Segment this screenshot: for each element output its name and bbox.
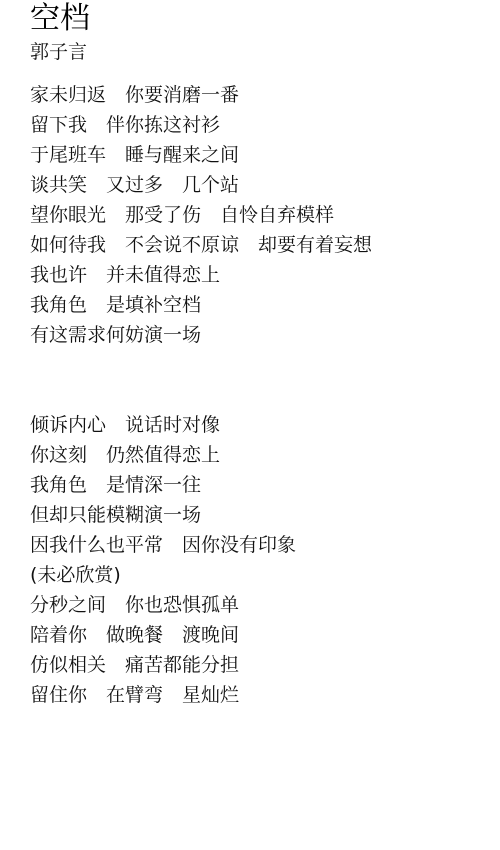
song-title: 空档	[30, 0, 490, 38]
lyric-line: 陪着你 做晚餐 渡晚间	[30, 620, 490, 650]
lyric-line: 谈共笑 又过多 几个站	[30, 170, 490, 200]
lyric-line: 分秒之间 你也恐惧孤单	[30, 590, 490, 620]
song-author: 郭子言	[30, 38, 490, 66]
lyric-line: 望你眼光 那受了伤 自怜自弃模样	[30, 200, 490, 230]
lyrics-page: 空档 郭子言 家未归返 你要消磨一番 留下我 伴你拣这衬衫 于尾班车 睡与醒来之…	[30, 0, 490, 710]
lyric-line: 因我什么也平常 因你没有印象	[30, 530, 490, 560]
lyric-line: (未必欣赏)	[30, 560, 490, 590]
lyric-line: 于尾班车 睡与醒来之间	[30, 140, 490, 170]
lyric-line: 有这需求何妨演一场	[30, 320, 490, 350]
lyric-line: 你这刻 仍然值得恋上	[30, 440, 490, 470]
lyric-line: 我角色 是填补空档	[30, 290, 490, 320]
lyric-line: 留住你 在臂弯 星灿烂	[30, 680, 490, 710]
lyric-line: 留下我 伴你拣这衬衫	[30, 110, 490, 140]
lyric-line: 倾诉内心 说话时对像	[30, 410, 490, 440]
stanza-2: 倾诉内心 说话时对像 你这刻 仍然值得恋上 我角色 是情深一往 但却只能模糊演一…	[30, 410, 490, 710]
lyric-line: 家未归返 你要消磨一番	[30, 80, 490, 110]
lyric-line: 我角色 是情深一往	[30, 470, 490, 500]
lyric-line: 如何待我 不会说不原谅 却要有着妄想	[30, 230, 490, 260]
lyric-line: 仿似相关 痛苦都能分担	[30, 650, 490, 680]
lyric-line: 但却只能模糊演一场	[30, 500, 490, 530]
lyrics-body: 家未归返 你要消磨一番 留下我 伴你拣这衬衫 于尾班车 睡与醒来之间 谈共笑 又…	[30, 80, 490, 710]
stanza-1: 家未归返 你要消磨一番 留下我 伴你拣这衬衫 于尾班车 睡与醒来之间 谈共笑 又…	[30, 80, 490, 350]
lyric-line: 我也许 并未值得恋上	[30, 260, 490, 290]
